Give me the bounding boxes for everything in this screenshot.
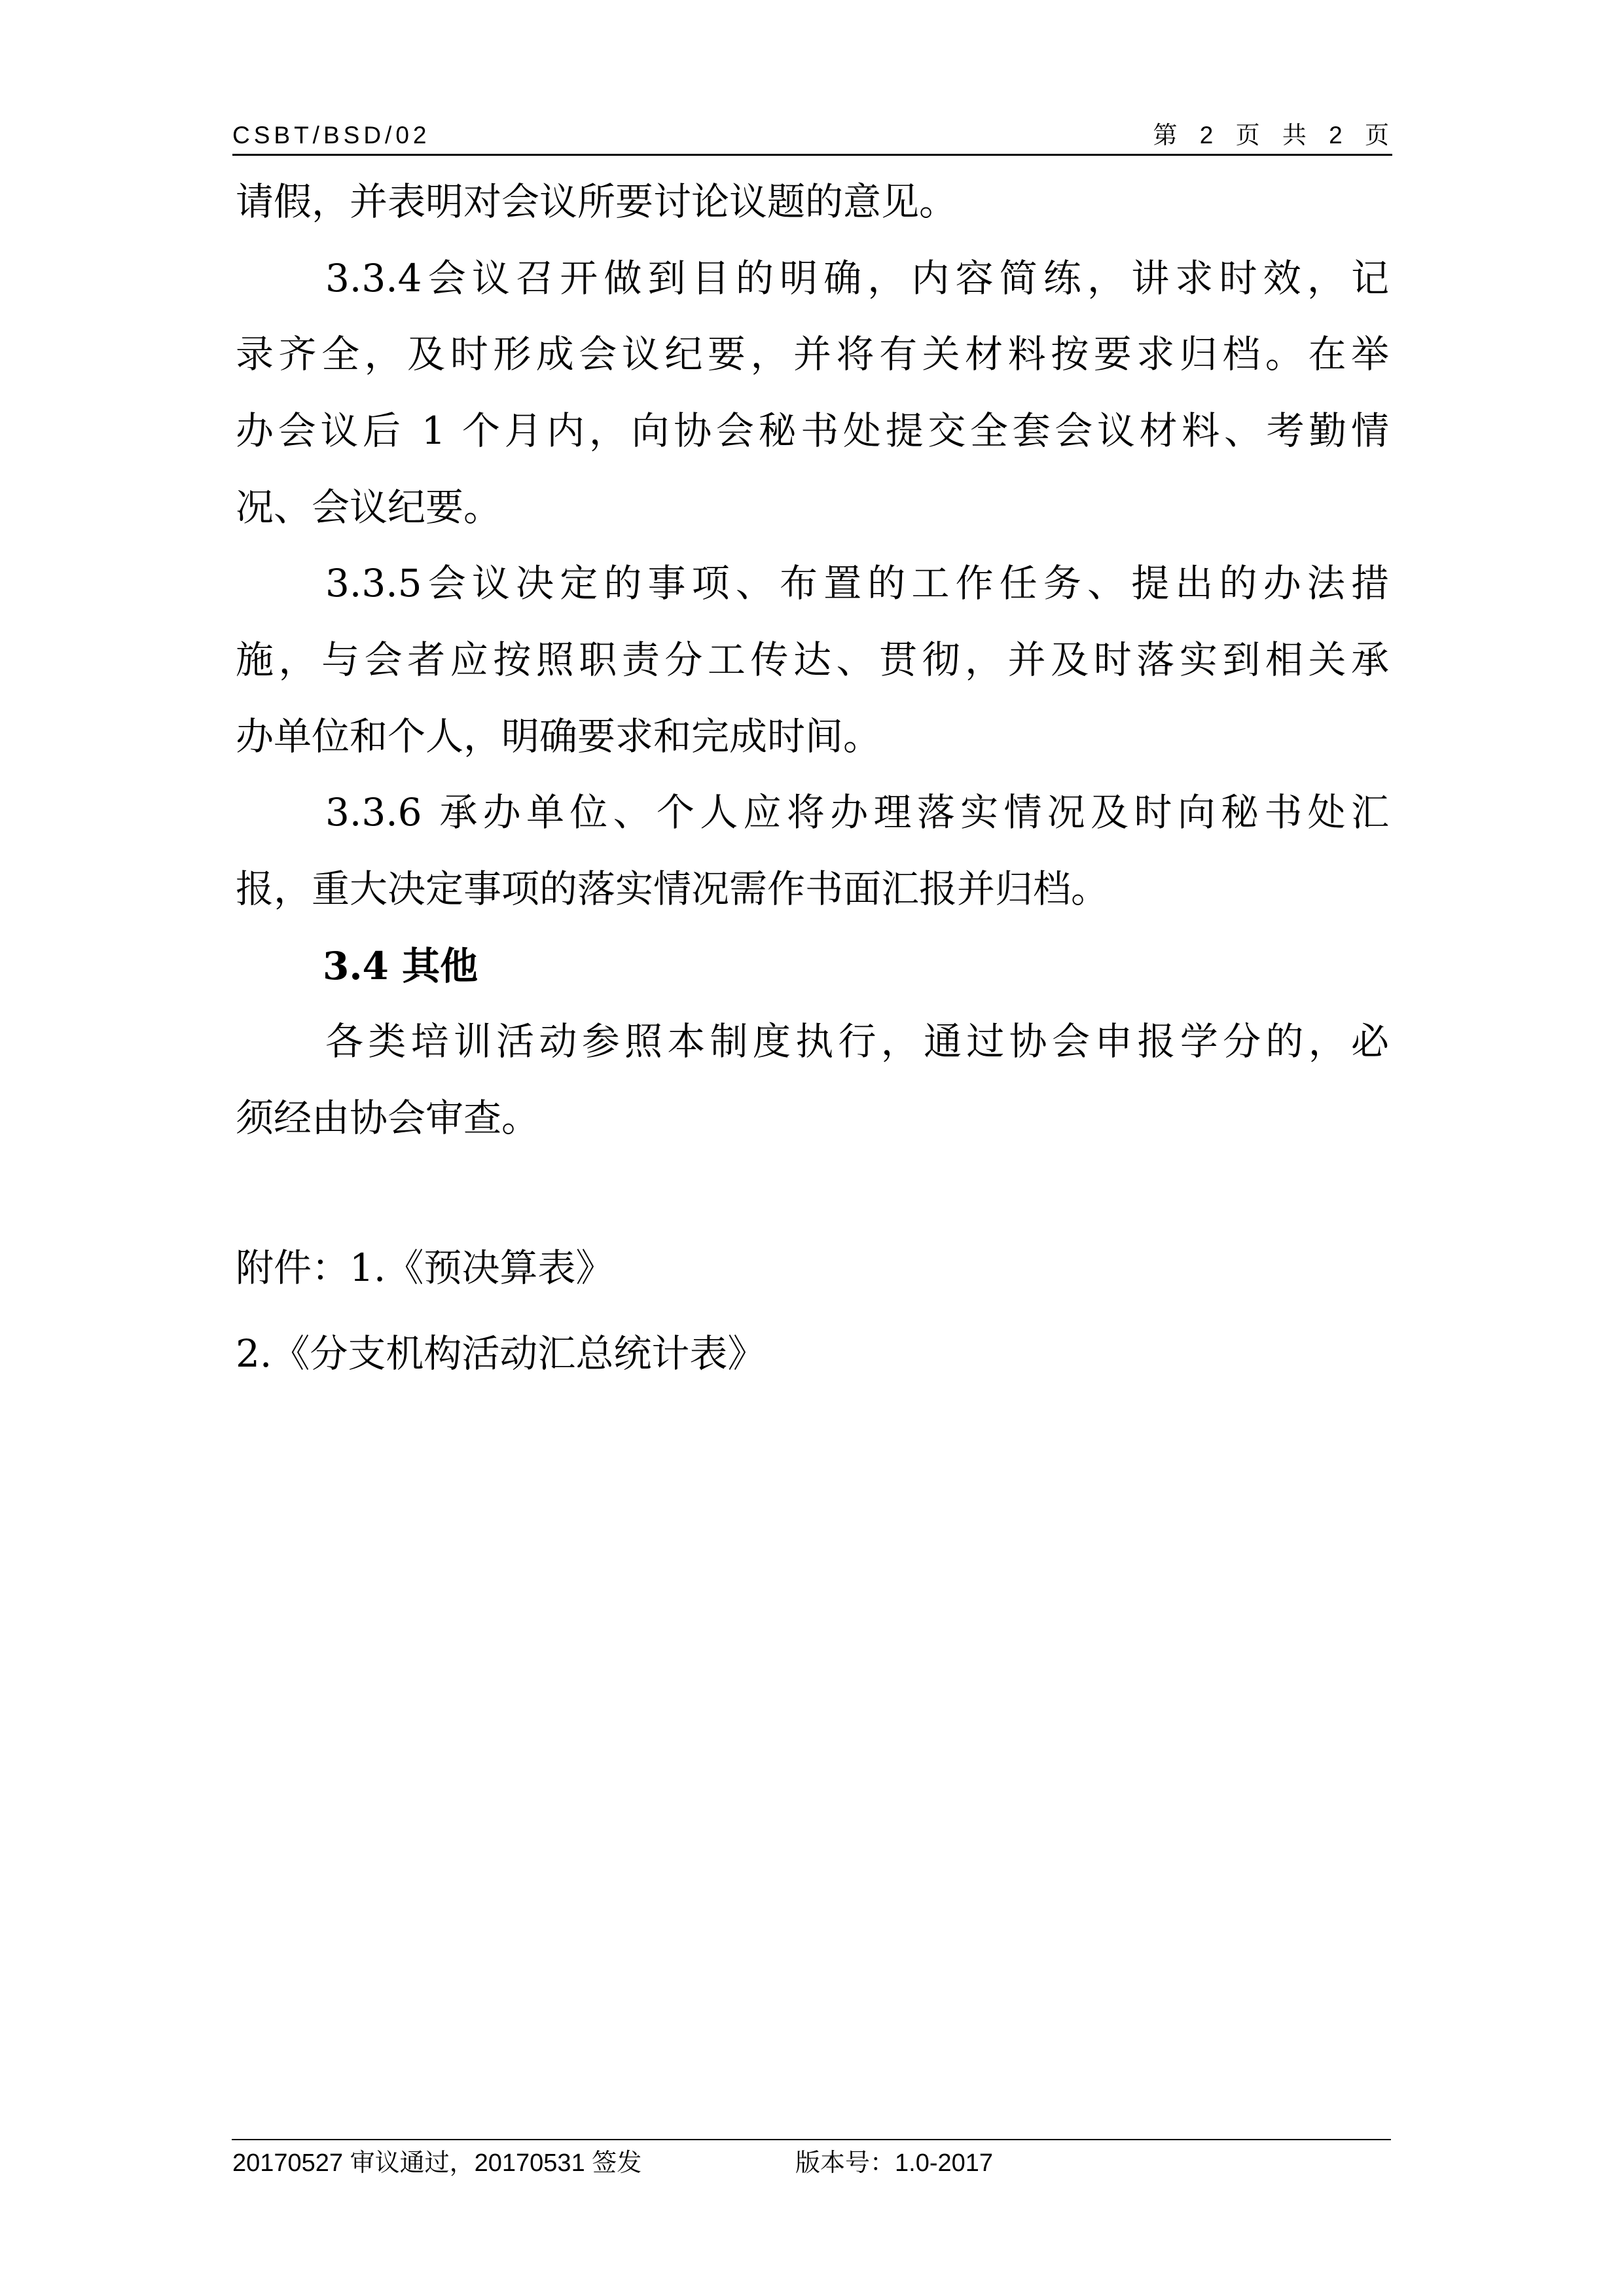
continuation-line: 请假，并表明对会议所要讨论议题的意见。 [236, 179, 1389, 224]
attachment-item: 2.《分支机构活动汇总统计表》 [236, 1331, 765, 1376]
paragraph-line: 办会议后 1 个月内，向协会秘书处提交全套会议材料、考勤情 [236, 408, 1389, 454]
attachment-line-2: 2.《分支机构活动汇总统计表》 [236, 1331, 1389, 1376]
paragraph-line: 办单位和个人，明确要求和完成时间。 [236, 713, 1389, 759]
paragraph-line: 3.3.5会议决定的事项、布置的工作任务、提出的办法措 [325, 560, 1389, 606]
paragraph-line: 施，与会者应按照职责分工传达、贯彻，并及时落实到相关承 [236, 637, 1389, 683]
page-indicator: 第 2 页 共 2 页 [1113, 121, 1397, 150]
attachments-label: 附件： [236, 1246, 350, 1290]
attachment-line-1: 附件：1.《预决算表》 [236, 1245, 1389, 1291]
approval-info: 20170527 审议通过，20170531 签发 [232, 2149, 641, 2178]
header-divider [232, 154, 1392, 156]
paragraph-line: 各类培训活动参照本制度执行，通过协会申报学分的，必 [325, 1018, 1389, 1064]
paragraph-line: 录齐全，及时形成会议纪要，并将有关材料按要求归档。在举 [236, 331, 1389, 377]
paragraph-line: 须经由协会审查。 [236, 1095, 1389, 1141]
version-number: 版本号：1.0-2017 [795, 2149, 993, 2178]
document-code: CSBT/BSD/02 [232, 121, 430, 150]
footer-divider [232, 2139, 1391, 2140]
section-heading: 3.4 其他 [323, 943, 478, 989]
paragraph-line: 3.3.6 承办单位、个人应将办理落实情况及时向秘书处汇 [325, 789, 1389, 835]
paragraph-line: 况、会议纪要。 [236, 484, 1389, 530]
paragraph-line: 报，重大决定事项的落实情况需作书面汇报并归档。 [236, 866, 1389, 912]
attachment-item: 1.《预决算表》 [350, 1246, 613, 1290]
paragraph-line: 3.3.4会议召开做到目的明确，内容简练，讲求时效，记 [325, 255, 1389, 301]
